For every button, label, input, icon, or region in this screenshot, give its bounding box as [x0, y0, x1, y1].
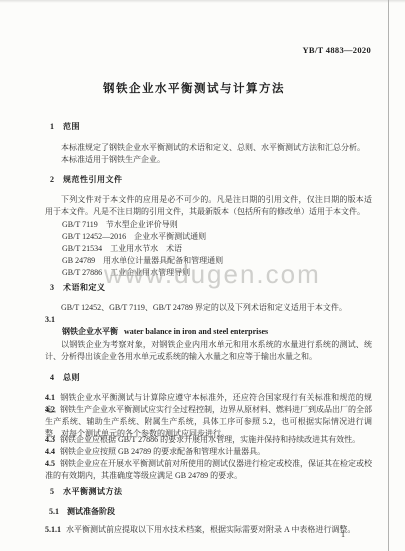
- section-5-1-heading: 5.1 测试准备阶段: [45, 506, 376, 518]
- clause-text: 水平衡测试前应提取以下用水技术档案，根据实际需要对附录 A 中表格进行调整。: [66, 525, 355, 534]
- page-right-edge-line: [388, 0, 389, 551]
- clause-4-5: 4.5钢铁企业应在开展水平衡测试前对所使用的测试仪器进行检定或校准，保证其在检定…: [45, 458, 372, 482]
- section-5-heading: 5 水平衡测试方法: [45, 486, 377, 498]
- term-definition: 以钢铁企业为考察对象，对钢铁企业内用水单元和用水系统的水量进行系统的测试、统计、…: [45, 339, 372, 363]
- term-chinese: 钢铁企业水平衡: [62, 327, 118, 336]
- reference-list: GB/T 7119 节水型企业评价导则 GB/T 12452—2016 企业水平…: [45, 219, 372, 279]
- clause-number: 5.1.1: [45, 525, 61, 534]
- clause-5-1-1: 5.1.1水平衡测试前应提取以下用水技术档案，根据实际需要对附录 A 中表格进行…: [45, 524, 372, 536]
- clause-number: 4.4: [45, 447, 55, 456]
- section-1-paragraph-applicability: 本标准适用于钢铁生产企业。: [45, 154, 372, 166]
- clause-4-3: 4.3钢铁企业应根据 GB/T 27886 的要求开展用水管理，实施并保持和持续…: [45, 434, 372, 446]
- section-3-heading: 3 术语和定义: [45, 282, 377, 294]
- term-number-label: 3.1: [45, 315, 55, 324]
- clause-text: 钢铁企业应根据 GB/T 27886 的要求开展用水管理，实施并保持和持续改进其…: [60, 435, 360, 444]
- standard-document-page: YB/T 4883—2020 钢铁企业水平衡测试与计算方法 1 范围 本标准规定…: [0, 0, 405, 551]
- reference-item: GB 24789 用水单位计量器具配备和管理通则: [62, 255, 372, 267]
- section-2-heading: 2 规范性引用文件: [45, 174, 377, 186]
- clause-number: 4.1: [45, 393, 55, 402]
- term-number: 3.1: [45, 314, 372, 326]
- reference-item: GB/T 7119 节水型企业评价导则: [62, 219, 372, 231]
- section-1-paragraph-scope: 本标准规定了钢铁企业水平衡测试的术语和定义、总则、水平衡测试方法和汇总分析。: [45, 142, 372, 154]
- section-4-heading: 4 总则: [45, 372, 377, 384]
- section-2-intro: 下列文件对于本文件的应用是必不可少的。凡是注日期的引用文件，仅注日期的版本适用于…: [45, 194, 372, 218]
- reference-item: GB/T 21534 工业用水节水 术语: [62, 243, 372, 255]
- doc-number: YB/T 4883—2020: [302, 45, 371, 55]
- clause-text: 钢铁企业应按照 GB 24789 的要求配备和管理水计量器具。: [60, 447, 265, 456]
- page-title: 钢铁企业水平衡测试与计算方法: [0, 80, 388, 96]
- page-number: 1: [341, 530, 345, 539]
- page-top-shade: [0, 0, 405, 3]
- clause-number: 4.5: [45, 459, 55, 468]
- clause-text: 钢铁企业应在开展水平衡测试前对所使用的测试仪器进行检定或校准，保证其在检定或校准…: [45, 459, 372, 480]
- section-1-heading: 1 范围: [45, 121, 377, 133]
- term-entry: 钢铁企业水平衡water balance in iron and steel e…: [45, 326, 372, 338]
- reference-item: GB/T 12452—2016 企业水平衡测试通则: [62, 231, 372, 243]
- clause-number: 4.2: [45, 405, 55, 414]
- reference-item: GB/T 27886 工业企业用水管理导则: [62, 267, 372, 279]
- clause-number: 4.3: [45, 435, 55, 444]
- term-english: water balance in iron and steel enterpri…: [124, 327, 268, 336]
- section-3-intro: GB/T 12452、GB/T 7119、GB/T 24789 界定的以及下列术…: [45, 302, 372, 314]
- clause-4-4: 4.4钢铁企业应按照 GB 24789 的要求配备和管理水计量器具。: [45, 446, 372, 458]
